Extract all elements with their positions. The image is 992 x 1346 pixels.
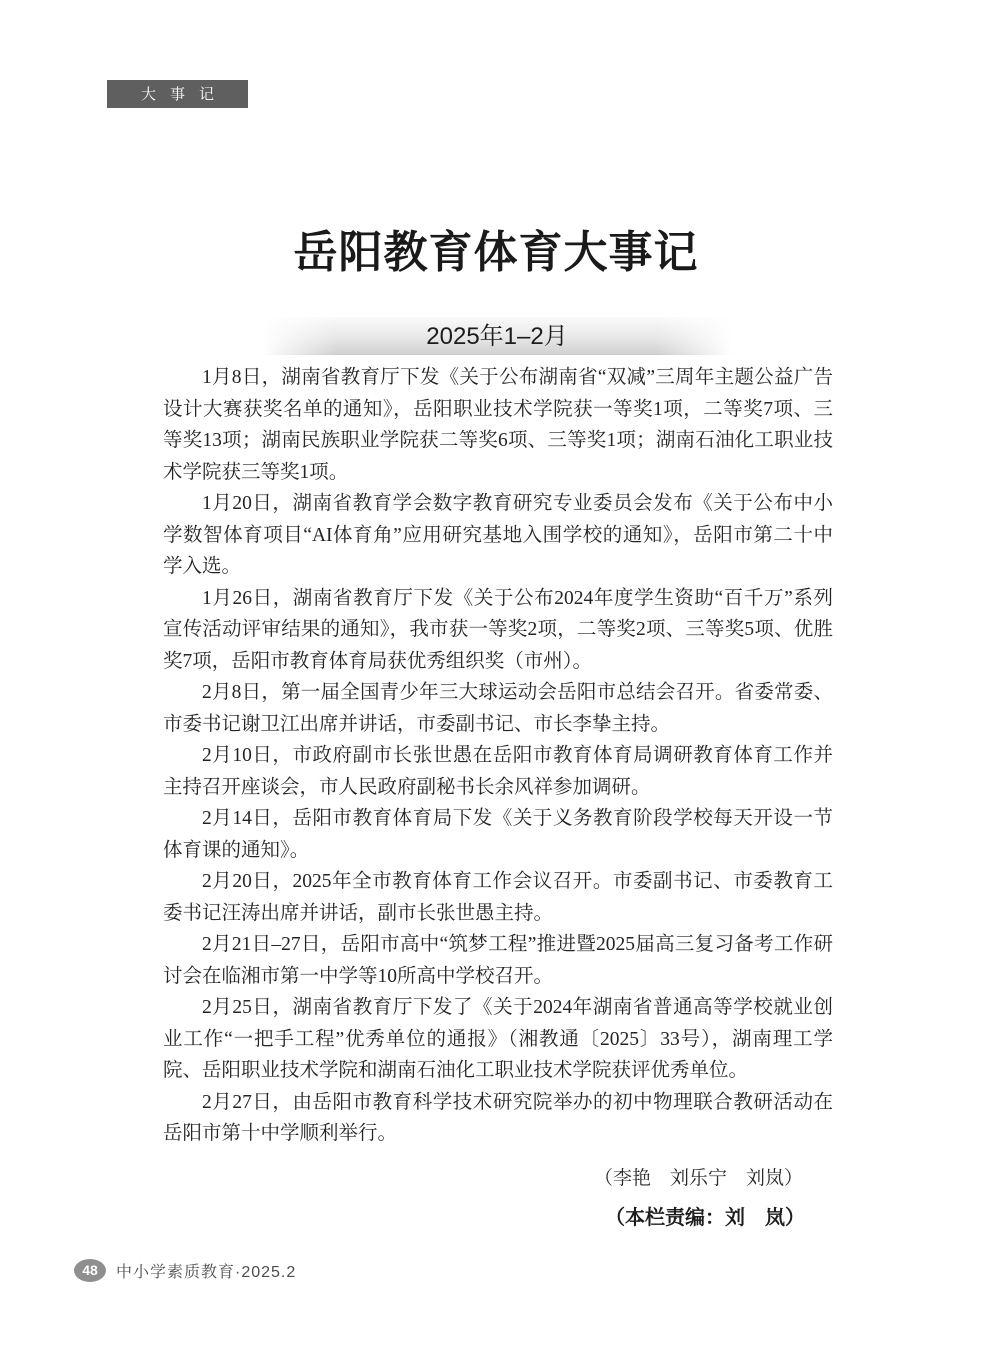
article-title: 岳阳教育体育大事记 [0, 216, 992, 280]
period-banner: 2025年1–2月 [262, 317, 732, 355]
page-number-badge: 48 [74, 1259, 106, 1282]
article-paragraph: 1月26日，湖南省教育厅下发《关于公布2024年度学生资助“百千万”系列宣传活动… [163, 583, 833, 678]
article-paragraph: 2月14日，岳阳市教育体育局下发《关于义务教育阶段学校每天开设一节体育课的通知》… [163, 803, 833, 866]
article-paragraph: 2月27日，由岳阳市教育科学技术研究院举办的初中物理联合教研活动在岳阳市第十中学… [163, 1087, 833, 1150]
byline-editor: （本栏责编：刘 岚） [163, 1203, 833, 1235]
section-tag: 大事记 [107, 80, 248, 108]
paragraph-list: 1月8日，湖南省教育厅下发《关于公布湖南省“双减”三周年主题公益广告设计大赛获奖… [163, 362, 833, 1150]
article-paragraph: 1月20日，湖南省教育学会数字教育研究专业委员会发布《关于公布中小学数智体育项目… [163, 488, 833, 583]
journal-title-line: 中小学素质教育·2025.2 [116, 1259, 296, 1282]
article-paragraph: 2月25日，湖南省教育厅下发了《关于2024年湖南省普通高等学校就业创业工作“一… [163, 992, 833, 1087]
article-paragraph: 2月8日，第一届全国青少年三大球运动会岳阳市总结会召开。省委常委、市委书记谢卫江… [163, 677, 833, 740]
magazine-page: 大事记 岳阳教育体育大事记 2025年1–2月 1月8日，湖南省教育厅下发《关于… [0, 0, 992, 1346]
page-footer: 48 中小学素质教育·2025.2 [74, 1259, 296, 1282]
article-paragraph: 2月10日，市政府副市长张世愚在岳阳市教育体育局调研教育体育工作并主持召开座谈会… [163, 740, 833, 803]
article-paragraph: 2月20日，2025年全市教育体育工作会议召开。市委副书记、市委教育工委书记汪涛… [163, 866, 833, 929]
article-body: 1月8日，湖南省教育厅下发《关于公布湖南省“双减”三周年主题公益广告设计大赛获奖… [163, 362, 833, 1235]
byline-authors: （李艳 刘乐宁 刘岚） [163, 1163, 833, 1195]
article-paragraph: 1月8日，湖南省教育厅下发《关于公布湖南省“双减”三周年主题公益广告设计大赛获奖… [163, 362, 833, 488]
article-paragraph: 2月21日–27日，岳阳市高中“筑梦工程”推进暨2025届高三复习备考工作研讨会… [163, 929, 833, 992]
